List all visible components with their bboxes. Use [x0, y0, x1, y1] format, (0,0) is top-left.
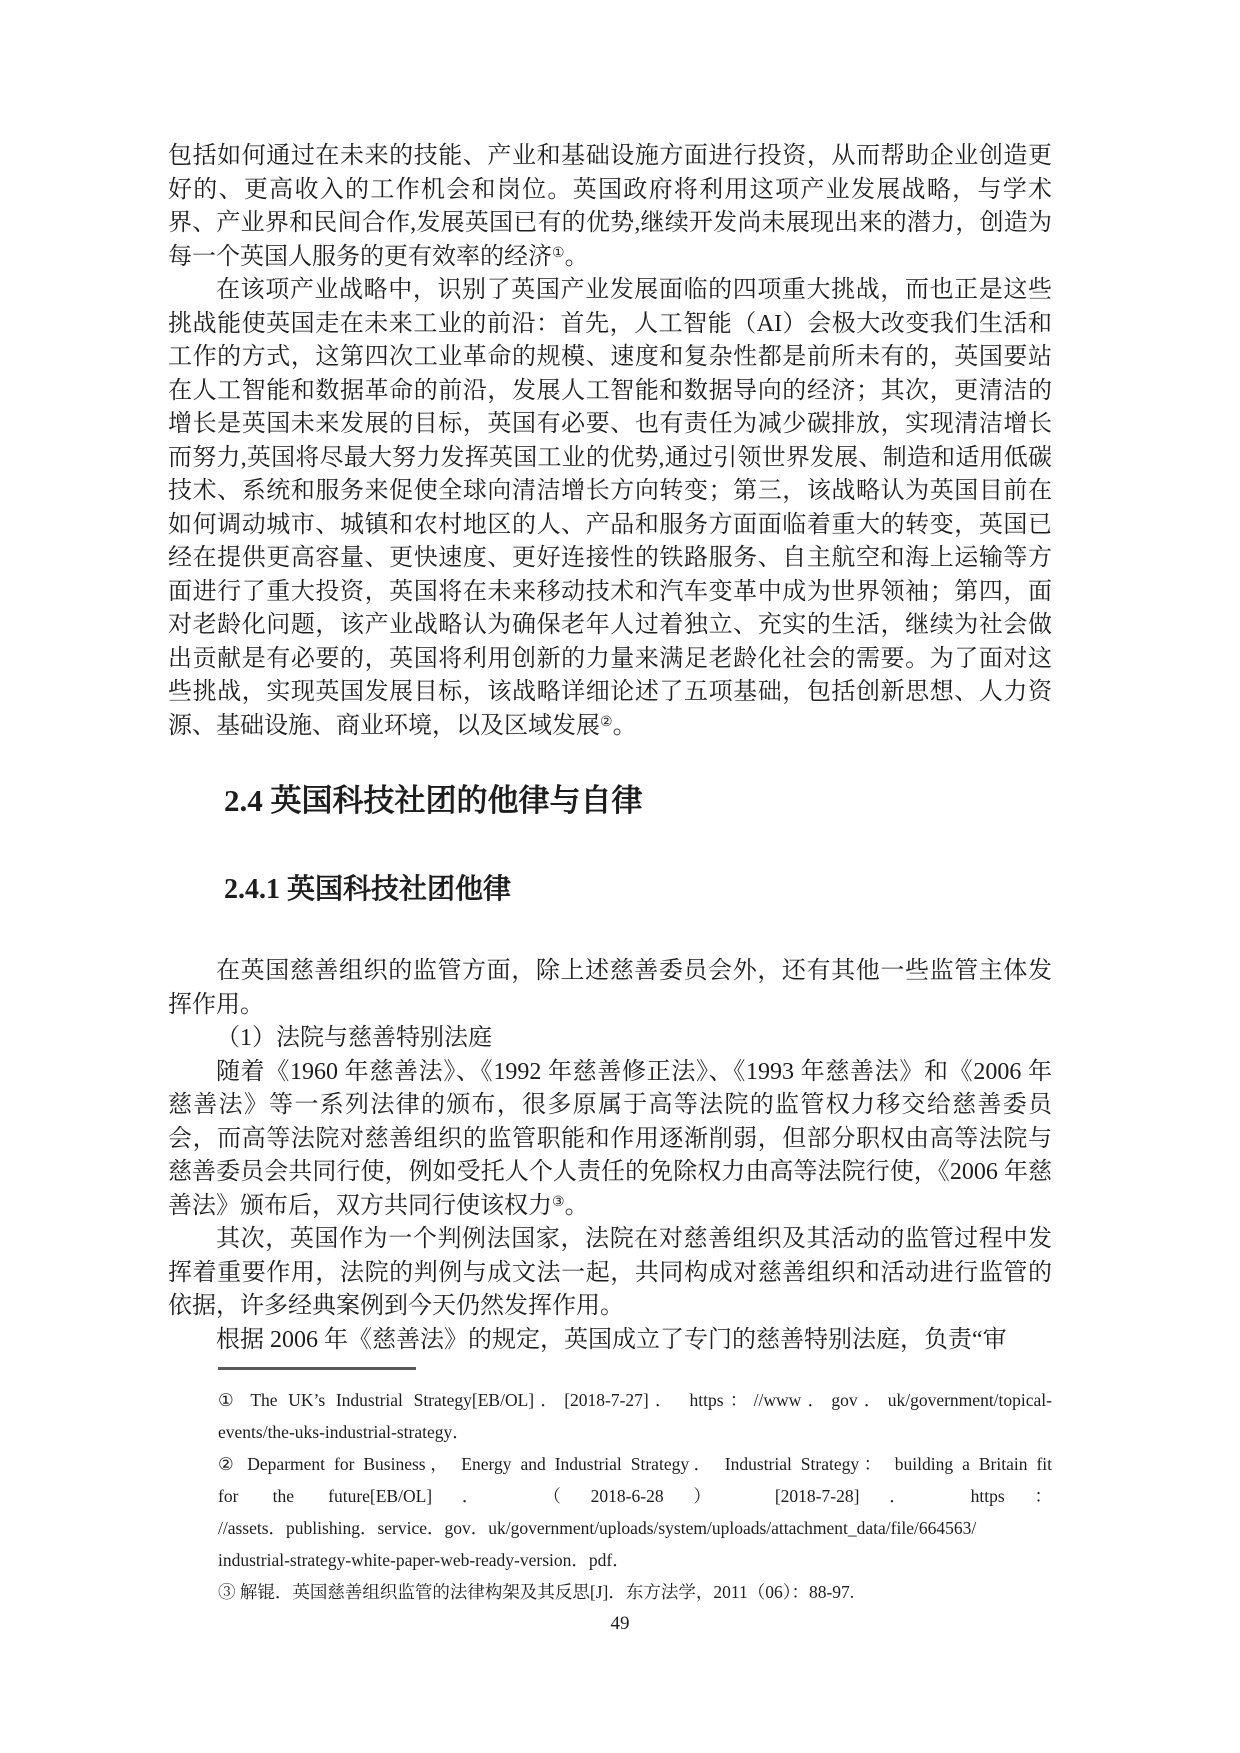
footnote-line: industrial-strategy-white-paper-web-read… — [218, 1544, 1052, 1576]
body-paragraph: 在英国慈善组织的监管方面，除上述慈善委员会外，还有其他一些监管主体发挥作用。 — [168, 955, 1052, 1022]
text-run: 在该项产业战略中，识别了英国产业发展面临的四项重大挑战，而也正是这些挑战能使英国… — [168, 277, 1052, 739]
subsection-heading: 2.4.1 英国科技社团他律 — [224, 869, 1052, 911]
text-run: （1）法院与慈善特别法庭 — [216, 1025, 492, 1051]
footnote-line: //assets．publishing．service．gov．uk/gover… — [218, 1512, 1052, 1544]
footnote-reference-marker: ③ — [552, 1195, 565, 1210]
body-paragraph: （1）法院与慈善特别法庭 — [168, 1022, 1052, 1056]
text-run: 根据 2006 年《慈善法》的规定，英国成立了专门的慈善特别法庭，负责“审 — [216, 1327, 1007, 1353]
footnote-reference-marker: ② — [600, 715, 613, 730]
footnote-line: ② Deparment for Business， Energy and Ind… — [218, 1448, 1052, 1480]
body-paragraph: 在该项产业战略中，识别了英国产业发展面临的四项重大挑战，而也正是这些挑战能使英国… — [168, 274, 1052, 743]
body-paragraph: 根据 2006 年《慈善法》的规定，英国成立了专门的慈善特别法庭，负责“审 — [168, 1324, 1052, 1358]
footnote-line: ① The UK’s Industrial Strategy[EB/OL]．[2… — [218, 1384, 1052, 1416]
text-run: 。 — [565, 244, 589, 270]
document-page: 包括如何通过在未来的技能、产业和基础设施方面进行投资，从而帮助企业创造更好的、更… — [0, 0, 1240, 1753]
text-run: 包括如何通过在未来的技能、产业和基础设施方面进行投资，从而帮助企业创造更好的、更… — [168, 143, 1052, 270]
footnote-reference-marker: ① — [552, 246, 565, 261]
footnotes: ① The UK’s Industrial Strategy[EB/OL]．[2… — [168, 1384, 1052, 1608]
body-paragraph: 包括如何通过在未来的技能、产业和基础设施方面进行投资，从而帮助企业创造更好的、更… — [168, 140, 1052, 274]
page-number: 49 — [0, 1613, 1240, 1635]
body-paragraph: 随着《1960 年慈善法》、《1992 年慈善修正法》、《1993 年慈善法》和… — [168, 1056, 1052, 1224]
section-heading: 2.4 英国科技社团的他律与自律 — [224, 779, 1052, 823]
footnote-divider — [218, 1367, 416, 1370]
footnote-line: events/the-uks-industrial-strategy． — [218, 1416, 1052, 1448]
text-run: 。 — [565, 1193, 589, 1219]
text-run: 在英国慈善组织的监管方面，除上述慈善委员会外，还有其他一些监管主体发挥作用。 — [168, 958, 1052, 1018]
text-run: 。 — [613, 713, 637, 739]
page-content: 包括如何通过在未来的技能、产业和基础设施方面进行投资，从而帮助企业创造更好的、更… — [168, 140, 1052, 1608]
body-text-upper: 包括如何通过在未来的技能、产业和基础设施方面进行投资，从而帮助企业创造更好的、更… — [168, 140, 1052, 743]
text-run: 随着《1960 年慈善法》、《1992 年慈善修正法》、《1993 年慈善法》和… — [168, 1059, 1052, 1219]
footnote-line: ③ 解锟．英国慈善组织监管的法律构架及其反思[J]．东方法学，2011（06）：… — [218, 1576, 1052, 1608]
body-paragraph: 其次，英国作为一个判例法国家，法院在对慈善组织及其活动的监管过程中发挥着重要作用… — [168, 1223, 1052, 1324]
text-run: 其次，英国作为一个判例法国家，法院在对慈善组织及其活动的监管过程中发挥着重要作用… — [168, 1226, 1052, 1319]
body-text-lower: 在英国慈善组织的监管方面，除上述慈善委员会外，还有其他一些监管主体发挥作用。（1… — [168, 955, 1052, 1357]
footnote-line: for the future[EB/OL]． （2018-6-28） [2018… — [218, 1480, 1052, 1512]
